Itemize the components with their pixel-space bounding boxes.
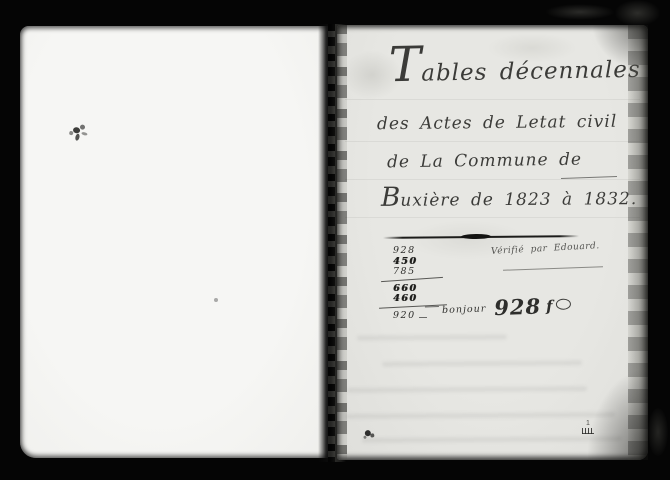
ink-speck xyxy=(214,298,218,302)
tally-row: 928 xyxy=(393,246,417,257)
page-corner-shadow xyxy=(593,25,648,70)
guide-line xyxy=(345,99,640,100)
left-page xyxy=(20,26,328,458)
bleedthrough-line xyxy=(362,436,622,443)
scan-smudge xyxy=(545,4,615,20)
tally-total: 920 xyxy=(393,311,417,322)
signature-number: 928 xyxy=(494,293,542,320)
guide-line xyxy=(345,141,640,142)
bleedthrough-line xyxy=(357,334,507,340)
signature-word: bonjour xyxy=(442,303,487,316)
guide-line xyxy=(345,217,640,218)
flourish-divider xyxy=(383,235,579,239)
title-line-4: Buxière de 1823 à 1832. xyxy=(381,189,637,211)
title-line-2: des Actes de Letat civil xyxy=(377,112,617,135)
page-corner-shadow xyxy=(588,370,648,460)
ink-blot xyxy=(65,120,93,151)
right-page: Tables décennales des Actes de Letat civ… xyxy=(337,25,648,460)
signature-dash xyxy=(425,306,439,307)
scan-smudge xyxy=(615,0,660,26)
title-line-3: de La Commune de xyxy=(387,150,582,173)
bleedthrough-line xyxy=(347,386,587,393)
signature-paraph: f xyxy=(546,297,554,315)
signature-flourish: bonjour928f xyxy=(425,292,571,322)
signature-loop xyxy=(555,298,570,310)
verification-underline xyxy=(503,266,603,270)
tally-column: 928 450 785 660 460 920 xyxy=(393,246,417,321)
gutter-page-edges xyxy=(328,24,335,462)
scan-smudge xyxy=(648,408,668,456)
bleedthrough-line xyxy=(382,360,582,366)
ink-blot xyxy=(362,427,376,441)
guide-line xyxy=(345,179,640,180)
bleedthrough-line xyxy=(345,412,615,419)
page-edge-left xyxy=(337,25,347,460)
book-scan: Tables décennales des Actes de Letat civ… xyxy=(0,0,670,480)
tally-row: 460 xyxy=(393,294,417,305)
tally-row: 785 xyxy=(393,267,417,278)
